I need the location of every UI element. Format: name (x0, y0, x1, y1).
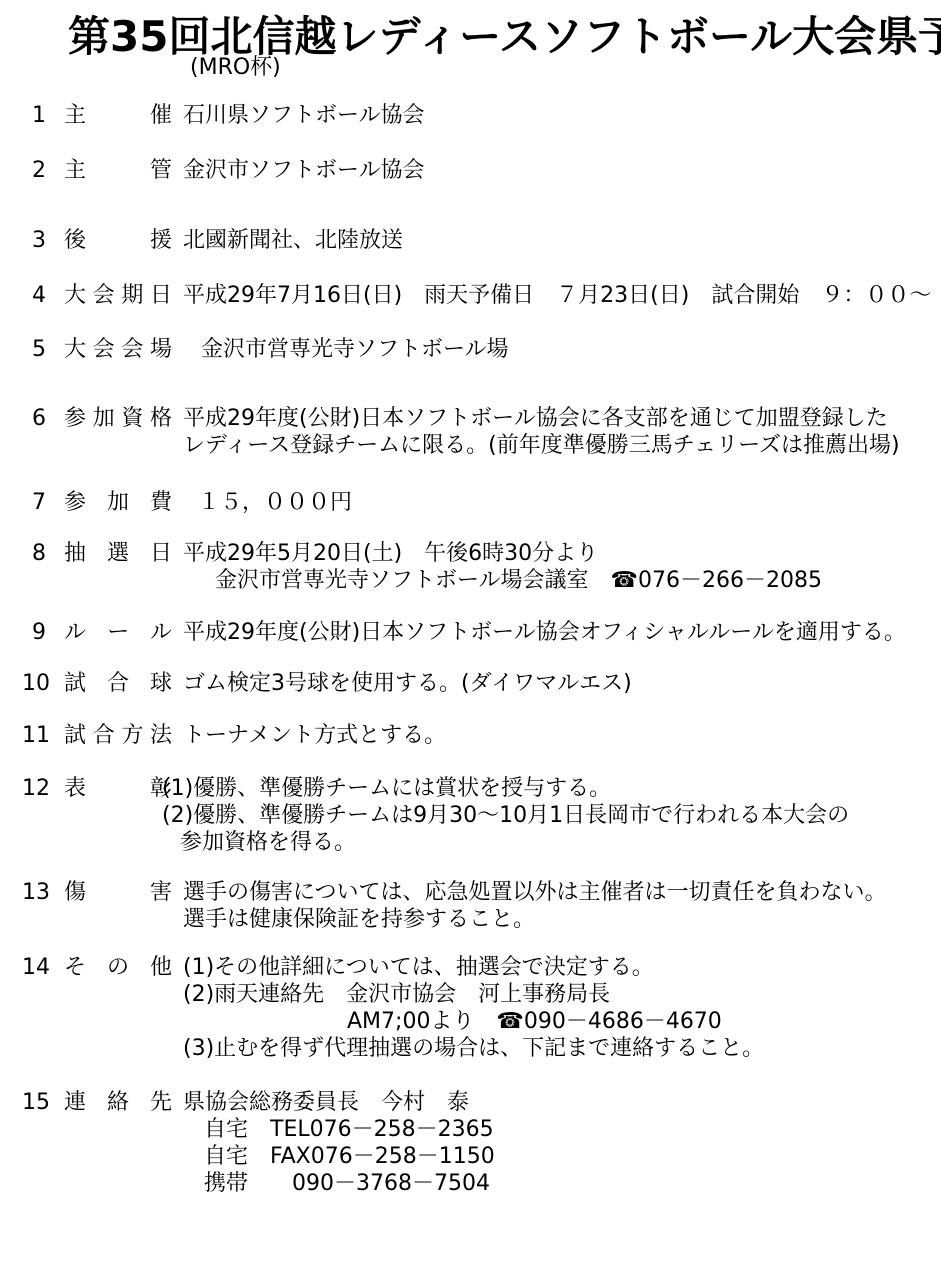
item-content: トーナメント方式とする。 (183, 722, 935, 749)
item-content: １５，０００円 (183, 489, 935, 516)
page-subtitle: (MRO杯) (190, 50, 281, 81)
item-line: ゴム検定3号球を使用する。(ダイワマルエス) (183, 670, 935, 697)
item-content: 平成29年度(公財)日本ソフトボール協会に各支部を通じて加盟登録した レディース… (183, 405, 935, 459)
item-row-13: 13 傷害 選手の傷害については、応急処置以外は主催者は一切責任を負わない。 選… (22, 879, 935, 933)
item-line: 自宅 FAX076－258－1150 (183, 1143, 935, 1170)
item-line: 北國新聞社、北陸放送 (183, 227, 935, 254)
item-content: 平成29年5月20日(土) 午後6時30分より 金沢市営専光寺ソフトボール場会議… (183, 540, 935, 594)
item-label: 連絡先 (64, 1089, 172, 1116)
item-line: (2)雨天連絡先 金沢市協会 河上事務局長 (183, 981, 935, 1008)
item-line: (1)その他詳細については、抽選会で決定する。 (183, 954, 935, 981)
item-number: 8 (22, 540, 46, 567)
item-content: 平成29年度(公財)日本ソフトボール協会オフィシャルルールを適用する。 (183, 619, 935, 646)
item-number: 13 (22, 879, 46, 906)
item-number: 11 (22, 722, 46, 749)
item-line: 携帯 090－3768－7504 (183, 1170, 935, 1197)
item-number: 14 (22, 954, 46, 981)
item-line: 平成29年度(公財)日本ソフトボール協会に各支部を通じて加盟登録した (183, 405, 935, 432)
item-line: レディース登録チームに限る。(前年度準優勝三馬チェリーズは推薦出場) (183, 432, 935, 459)
item-label: 表彰 (64, 775, 172, 802)
item-label: その他 (64, 954, 172, 981)
item-content: 選手の傷害については、応急処置以外は主催者は一切責任を負わない。 選手は健康保険… (183, 879, 935, 933)
item-line: AM7;00より ☎090－4686－4670 (183, 1008, 935, 1035)
item-label: ルール (64, 619, 172, 646)
item-row-1: 1 主催 石川県ソフトボール協会 (22, 102, 935, 129)
item-number: 5 (22, 336, 46, 363)
item-number: 3 (22, 227, 46, 254)
item-label: 大会会場 (64, 336, 172, 363)
item-row-8: 8 抽選日 平成29年5月20日(土) 午後6時30分より 金沢市営専光寺ソフト… (22, 540, 935, 594)
item-label: 後援 (64, 227, 172, 254)
item-line: 選手の傷害については、応急処置以外は主催者は一切責任を負わない。 (183, 879, 935, 906)
item-row-3: 3 後援 北國新聞社、北陸放送 (22, 227, 935, 254)
item-content: 金沢市ソフトボール協会 (183, 157, 935, 184)
item-row-10: 10 試合球 ゴム検定3号球を使用する。(ダイワマルエス) (22, 670, 935, 697)
item-row-12: 12 表彰 (1)優勝、準優勝チームには賞状を授与する。 (2)優勝、準優勝チー… (22, 775, 935, 856)
item-number: 6 (22, 405, 46, 432)
item-label: 傷害 (64, 879, 172, 906)
item-content: 北國新聞社、北陸放送 (183, 227, 935, 254)
item-content: 県協会総務委員長 今村 泰 自宅 TEL076－258－2365 自宅 FAX0… (183, 1089, 935, 1197)
item-label: 主催 (64, 102, 172, 129)
item-number: 2 (22, 157, 46, 184)
item-row-2: 2 主管 金沢市ソフトボール協会 (22, 157, 935, 184)
item-line: (1)優勝、準優勝チームには賞状を授与する。 (162, 775, 935, 802)
item-content: 平成29年7月16日(日) 雨天予備日 ７月23日(日) 試合開始 ９：００～ (183, 282, 935, 309)
item-label: 参加費 (64, 489, 172, 516)
item-number: 10 (22, 670, 46, 697)
item-content: ゴム検定3号球を使用する。(ダイワマルエス) (183, 670, 935, 697)
item-line: 石川県ソフトボール協会 (183, 102, 935, 129)
item-number: 4 (22, 282, 46, 309)
item-row-9: 9 ルール 平成29年度(公財)日本ソフトボール協会オフィシャルルールを適用する… (22, 619, 935, 646)
item-line: (2)優勝、準優勝チームは9月30～10月1日長岡市で行われる本大会の (162, 802, 935, 829)
item-number: 1 (22, 102, 46, 129)
item-number: 15 (22, 1089, 46, 1116)
item-line: 県協会総務委員長 今村 泰 (183, 1089, 935, 1116)
item-row-7: 7 参加費 １５，０００円 (22, 489, 935, 516)
item-line: 金沢市営専光寺ソフトボール場会議室 ☎076－266－2085 (183, 567, 935, 594)
item-line: 自宅 TEL076－258－2365 (183, 1116, 935, 1143)
item-label: 参加資格 (64, 405, 172, 432)
item-line: 参加資格を得る。 (162, 829, 935, 856)
item-line: 平成29年5月20日(土) 午後6時30分より (183, 540, 935, 567)
item-line: 選手は健康保険証を持参すること。 (183, 906, 935, 933)
item-line: 平成29年度(公財)日本ソフトボール協会オフィシャルルールを適用する。 (183, 619, 935, 646)
item-label: 大会期日 (64, 282, 172, 309)
item-line: (3)止むを得ず代理抽選の場合は、下記まで連絡すること。 (183, 1035, 935, 1062)
item-content: 石川県ソフトボール協会 (183, 102, 935, 129)
item-label: 抽選日 (64, 540, 172, 567)
item-number: 12 (22, 775, 46, 802)
item-row-5: 5 大会会場 金沢市営専光寺ソフトボール場 (22, 336, 935, 363)
item-row-6: 6 参加資格 平成29年度(公財)日本ソフトボール協会に各支部を通じて加盟登録し… (22, 405, 935, 459)
item-line: １５，０００円 (183, 489, 935, 516)
item-line: 平成29年7月16日(日) 雨天予備日 ７月23日(日) 試合開始 ９：００～ (183, 282, 935, 309)
item-row-11: 11 試合方法 トーナメント方式とする。 (22, 722, 935, 749)
item-row-15: 15 連絡先 県協会総務委員長 今村 泰 自宅 TEL076－258－2365 … (22, 1089, 935, 1197)
item-line: 金沢市ソフトボール協会 (183, 157, 935, 184)
item-content: (1)優勝、準優勝チームには賞状を授与する。 (2)優勝、準優勝チームは9月30… (162, 775, 935, 856)
item-number: 7 (22, 489, 46, 516)
item-label: 主管 (64, 157, 172, 184)
document-page: 第35回北信越レディースソフトボール大会県予選 (MRO杯) 1 主催 石川県ソ… (0, 0, 941, 1263)
item-row-4: 4 大会期日 平成29年7月16日(日) 雨天予備日 ７月23日(日) 試合開始… (22, 282, 935, 309)
item-content: (1)その他詳細については、抽選会で決定する。 (2)雨天連絡先 金沢市協会 河… (183, 954, 935, 1062)
item-number: 9 (22, 619, 46, 646)
item-line: 金沢市営専光寺ソフトボール場 (183, 336, 935, 363)
item-label: 試合球 (64, 670, 172, 697)
item-line: トーナメント方式とする。 (183, 722, 935, 749)
item-label: 試合方法 (64, 722, 172, 749)
item-content: 金沢市営専光寺ソフトボール場 (183, 336, 935, 363)
item-row-14: 14 その他 (1)その他詳細については、抽選会で決定する。 (2)雨天連絡先 … (22, 954, 935, 1062)
